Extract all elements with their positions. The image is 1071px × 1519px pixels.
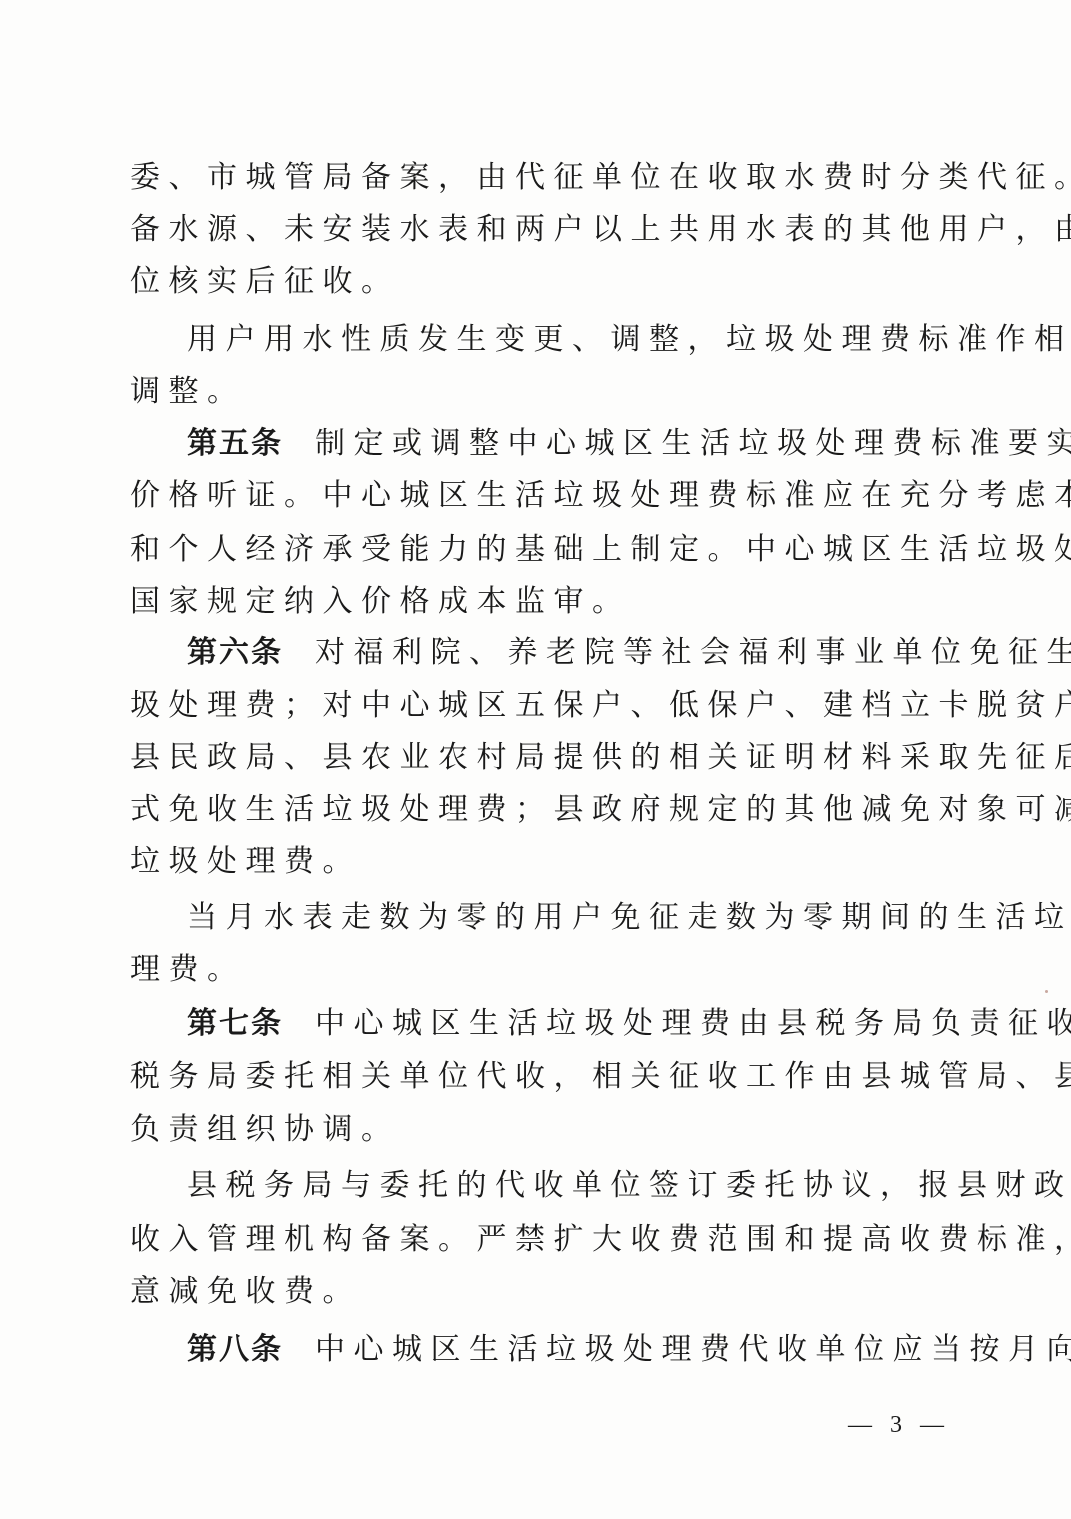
page-number: — 3 — — [848, 1412, 950, 1439]
article-line: 第八条中心城区生活垃圾处理费代收单位应当按月向县 — [187, 1330, 940, 1370]
line-text: 意减免收费。 — [130, 1274, 361, 1309]
article-heading: 第七条 — [187, 1006, 283, 1041]
text-line: 委、市城管局备案，由代征单位在收取水费时分类代征。使用自 — [130, 158, 940, 198]
article-heading: 第五条 — [187, 426, 283, 461]
line-text: 收入管理机构备案。严禁扩大收费范围和提高收费标准，不得随 — [130, 1222, 1071, 1257]
article-line: 第七条中心城区生活垃圾处理费由县税务局负责征收，县 — [187, 1004, 940, 1044]
line-text: 用户用水性质发生变更、调整，垃圾处理费标准作相应变更、 — [187, 322, 1071, 357]
text-line: 理费。 — [130, 950, 940, 990]
document-page: 委、市城管局备案，由代征单位在收取水费时分类代征。使用自备水源、未安装水表和两户… — [0, 0, 1071, 1519]
line-text: 中心城区生活垃圾处理费代收单位应当按月向县 — [315, 1332, 1071, 1367]
text-line: 垃圾处理费。 — [130, 842, 940, 882]
text-line: 负责组织协调。 — [130, 1110, 940, 1150]
article-heading: 第八条 — [187, 1332, 283, 1367]
text-line: 备水源、未安装水表和两户以上共用水表的其他用户，由征收单 — [130, 210, 940, 250]
text-line: 圾处理费；对中心城区五保户、低保户、建档立卡脱贫户，根据 — [130, 686, 940, 726]
line-text: 制定或调整中心城区生活垃圾处理费标准要实行 — [315, 426, 1071, 461]
line-text: 圾处理费；对中心城区五保户、低保户、建档立卡脱贫户，根据 — [130, 688, 1071, 723]
text-line: 式免收生活垃圾处理费；县政府规定的其他减免对象可减免生活 — [130, 790, 940, 830]
scan-speck — [1045, 990, 1048, 993]
line-text: 价格听证。中心城区生活垃圾处理费标准应在充分考虑本县单位 — [130, 478, 1071, 513]
line-text: 委、市城管局备案，由代征单位在收取水费时分类代征。使用自 — [130, 160, 1071, 195]
line-text: 和个人经济承受能力的基础上制定。中心城区生活垃圾处理费按 — [130, 532, 1071, 567]
text-line: 价格听证。中心城区生活垃圾处理费标准应在充分考虑本县单位 — [130, 476, 940, 516]
text-line: 国家规定纳入价格成本监审。 — [130, 582, 940, 622]
line-text: 国家规定纳入价格成本监审。 — [130, 584, 631, 619]
line-text: 式免收生活垃圾处理费；县政府规定的其他减免对象可减免生活 — [130, 792, 1071, 827]
line-text: 调整。 — [130, 374, 246, 409]
article-line: 第六条对福利院、养老院等社会福利事业单位免征生活垃 — [187, 633, 940, 673]
line-text: 县民政局、县农业农村局提供的相关证明材料采取先征后返的方 — [130, 740, 1071, 775]
text-line: 县民政局、县农业农村局提供的相关证明材料采取先征后返的方 — [130, 738, 940, 778]
text-line: 调整。 — [130, 372, 940, 412]
line-text: 县税务局与委托的代收单位签订委托协议，报县财政局非税 — [187, 1168, 1071, 1203]
text-line: 和个人经济承受能力的基础上制定。中心城区生活垃圾处理费按 — [130, 530, 940, 570]
line-text: 备水源、未安装水表和两户以上共用水表的其他用户，由征收单 — [130, 212, 1071, 247]
text-line: 位核实后征收。 — [130, 262, 940, 302]
text-line: 意减免收费。 — [130, 1272, 940, 1312]
text-line: 用户用水性质发生变更、调整，垃圾处理费标准作相应变更、 — [187, 320, 940, 360]
line-text: 负责组织协调。 — [130, 1112, 400, 1147]
line-text: 当月水表走数为零的用户免征走数为零期间的生活垃圾处 — [187, 900, 1071, 935]
text-line: 税务局委托相关单位代收，相关征收工作由县城管局、县税务局 — [130, 1057, 940, 1097]
line-text: 理费。 — [130, 952, 246, 987]
text-line: 当月水表走数为零的用户免征走数为零期间的生活垃圾处 — [187, 898, 940, 938]
text-line: 收入管理机构备案。严禁扩大收费范围和提高收费标准，不得随 — [130, 1220, 940, 1260]
line-text: 中心城区生活垃圾处理费由县税务局负责征收，县 — [315, 1006, 1071, 1041]
line-text: 对福利院、养老院等社会福利事业单位免征生活垃 — [315, 635, 1071, 670]
line-text: 位核实后征收。 — [130, 264, 400, 299]
line-text: 垃圾处理费。 — [130, 844, 361, 879]
article-line: 第五条制定或调整中心城区生活垃圾处理费标准要实行 — [187, 424, 940, 464]
line-text: 税务局委托相关单位代收，相关征收工作由县城管局、县税务局 — [130, 1059, 1071, 1094]
text-line: 县税务局与委托的代收单位签订委托协议，报县财政局非税 — [187, 1166, 940, 1206]
article-heading: 第六条 — [187, 635, 283, 670]
